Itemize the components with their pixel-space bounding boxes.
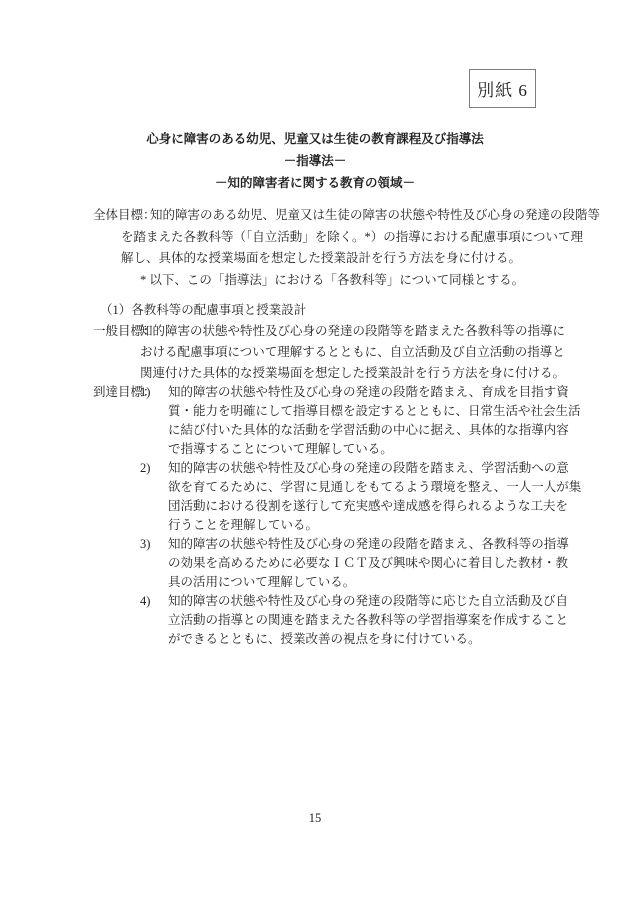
general-goal-label: 一般目標： — [93, 321, 156, 342]
item-4-text: 知的障害の状態や特性及び心身の発達の段階等に応じた自立活動及び自 立活動の指導と… — [168, 592, 630, 649]
section-1-heading: （1）各教科等の配慮事項と授業設計 — [0, 300, 630, 321]
section-1: （1）各教科等の配慮事項と授業設計 一般目標： 知的障害の状態や特性及び心身の発… — [0, 300, 630, 384]
general-goal-paragraph: 一般目標： 知的障害の状態や特性及び心身の発達の段階等を踏まえた各教科等の指導に… — [0, 321, 630, 384]
overall-goal-line-3: 解し、具体的な授業場面を想定した授業設計を行う方法を身に付ける。 — [0, 248, 630, 270]
item-2-text: 知的障害の状態や特性及び心身の発達の段階を踏まえ、学習活動への意 欲を育てるため… — [168, 459, 630, 535]
doc-title-line-1: 心身に障害のある幼児、児童又は生徒の教育課程及び指導法 — [0, 128, 630, 150]
attachment-box: 別紙 6 — [469, 69, 536, 108]
overall-goal-label: 全体目標： — [93, 205, 156, 227]
page-footer: 15 — [0, 810, 630, 826]
item-3-line-1: 知的障害の状態や特性及び心身の発達の段階を踏まえ、各教科等の指導 — [168, 535, 630, 554]
item-1-line-3: に結び付いた具体的な活動を学習活動の中心に据え、具体的な指導内容 — [168, 421, 630, 440]
document-page: 別紙 6 心身に障害のある幼児、児童又は生徒の教育課程及び指導法 －指導法－ －… — [0, 0, 630, 903]
item-3-line-2: の効果を高めるために必要なＩＣＴ及び興味や関心に着目した教材・教 — [168, 554, 630, 573]
item-4-line-3: ができるとともに、授業改善の視点を身に付けている。 — [168, 630, 630, 649]
attainment-goal-label: 到達目標： — [93, 383, 156, 402]
item-4-line-2: 立活動の指導との関連を踏まえた各教科等の学習指導案を作成すること — [168, 611, 630, 630]
item-2-line-3: 団活動における役割を遂行して充実感や達成感を得られるような工夫を — [168, 497, 630, 516]
page-number: 15 — [309, 811, 322, 825]
attainment-goal-item-4: 4) 知的障害の状態や特性及び心身の発達の段階等に応じた自立活動及び自 立活動の… — [140, 592, 630, 649]
doc-title-line-2: －指導法－ — [0, 150, 630, 172]
item-1-line-1: 知的障害の状態や特性及び心身の発達の段階を踏まえ、育成を目指す資 — [168, 383, 630, 402]
attainment-goal-item-1: 1) 知的障害の状態や特性及び心身の発達の段階を踏まえ、育成を目指す資 質・能力… — [140, 383, 630, 459]
general-goal-line-2: おける配慮事項について理解するとともに、自立活動及び自立活動の指導と — [0, 342, 630, 363]
document-title: 心身に障害のある幼児、児童又は生徒の教育課程及び指導法 －指導法－ －知的障害者… — [0, 128, 630, 194]
item-2-number: 2) — [140, 459, 168, 535]
attainment-goal-item-3: 3) 知的障害の状態や特性及び心身の発達の段階を踏まえ、各教科等の指導 の効果を… — [140, 535, 630, 592]
overall-goal-footnote: * 以下、この「指導法」における「各教科等」について同様とする。 — [0, 270, 630, 292]
item-4-number: 4) — [140, 592, 168, 649]
attainment-goal-list: 到達目標： 1) 知的障害の状態や特性及び心身の発達の段階を踏まえ、育成を目指す… — [0, 383, 630, 649]
general-goal-line-3: 関連付けた具体的な授業場面を想定した授業設計を行う方法を身に付ける。 — [0, 363, 630, 384]
item-3-text: 知的障害の状態や特性及び心身の発達の段階を踏まえ、各教科等の指導 の効果を高める… — [168, 535, 630, 592]
item-1-line-4: で指導することについて理解している。 — [168, 440, 630, 459]
item-2-line-2: 欲を育てるために、学習に見通しをもてるよう環境を整え、一人一人が集 — [168, 478, 630, 497]
doc-title-line-3: －知的障害者に関する教育の領域－ — [0, 172, 630, 194]
item-3-number: 3) — [140, 535, 168, 592]
attainment-goal-item-2: 2) 知的障害の状態や特性及び心身の発達の段階を踏まえ、学習活動への意 欲を育て… — [140, 459, 630, 535]
item-2-line-1: 知的障害の状態や特性及び心身の発達の段階を踏まえ、学習活動への意 — [168, 459, 630, 478]
item-4-line-1: 知的障害の状態や特性及び心身の発達の段階等に応じた自立活動及び自 — [168, 592, 630, 611]
item-2-line-4: 行うことを理解している。 — [168, 516, 630, 535]
item-1-text: 知的障害の状態や特性及び心身の発達の段階を踏まえ、育成を目指す資 質・能力を明確… — [168, 383, 630, 459]
overall-goal-line-2: を踏まえた各教科等（「自立活動」を除く。*）の指導における配慮事項について理 — [0, 227, 630, 249]
item-1-line-2: 質・能力を明確にして指導目標を設定するとともに、日常生活や社会生活 — [168, 402, 630, 421]
attachment-label: 別紙 6 — [477, 76, 528, 101]
item-3-line-3: 具の活用について理解している。 — [168, 573, 630, 592]
overall-goal-paragraph: 全体目標： 知的障害のある幼児、児童又は生徒の障害の状態や特性及び心身の発達の段… — [0, 205, 630, 291]
